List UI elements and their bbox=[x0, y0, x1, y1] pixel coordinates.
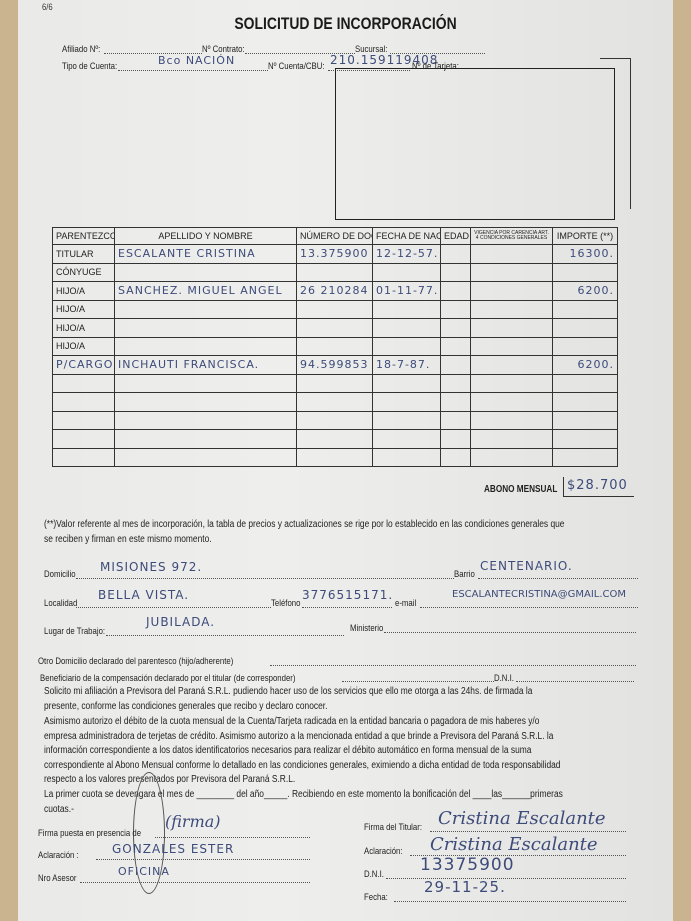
cell-parentezco[interactable] bbox=[53, 430, 115, 449]
titular-signature: Cristina Escalante bbox=[438, 808, 606, 829]
asesor-label: Nro Asesor bbox=[38, 873, 77, 884]
cell-edad[interactable] bbox=[441, 430, 471, 449]
cell-nombre[interactable] bbox=[115, 393, 297, 412]
presencia-field[interactable] bbox=[155, 837, 310, 838]
cell-nombre[interactable] bbox=[115, 337, 297, 356]
cell-importe[interactable] bbox=[553, 393, 618, 412]
col-edad: EDAD bbox=[441, 228, 471, 245]
debito-paragraph: Asimismo autorizo el débito de la cuota … bbox=[44, 715, 565, 788]
cell-documento[interactable] bbox=[297, 411, 373, 430]
cell-vigencia[interactable] bbox=[471, 448, 553, 467]
cell-fecha-nac[interactable]: 01-11-77. bbox=[373, 282, 441, 301]
dni-field[interactable] bbox=[386, 878, 626, 879]
cell-fecha-nac[interactable] bbox=[373, 337, 441, 356]
beneficiario-dni-field[interactable] bbox=[516, 681, 634, 682]
email-label: e-mail bbox=[395, 598, 416, 609]
cell-parentezco[interactable] bbox=[53, 448, 115, 467]
family-table: PARENTEZCO APELLIDO Y NOMBRE NÚMERO DE D… bbox=[52, 227, 618, 467]
cell-parentezco[interactable]: HIJO/A bbox=[53, 300, 115, 319]
cell-importe[interactable]: 16300. bbox=[553, 245, 618, 264]
cell-documento[interactable] bbox=[297, 430, 373, 449]
barrio-value: CENTENARIO. bbox=[480, 559, 573, 573]
otro-domicilio-label: Otro Domicilio declarado del parentesco … bbox=[38, 656, 233, 667]
cell-importe[interactable] bbox=[553, 300, 618, 319]
barrio-field[interactable] bbox=[478, 578, 638, 579]
cell-vigencia[interactable] bbox=[471, 319, 553, 338]
table-row bbox=[53, 393, 618, 412]
domicilio-value: MISIONES 972. bbox=[100, 560, 202, 574]
cell-documento[interactable]: 94.599853 bbox=[297, 356, 373, 375]
cell-documento[interactable] bbox=[297, 263, 373, 282]
cell-vigencia[interactable] bbox=[471, 374, 553, 393]
cell-parentezco[interactable]: HIJO/A bbox=[53, 337, 115, 356]
aclaracion-left-field[interactable] bbox=[96, 859, 310, 860]
tipo-cuenta-label: Tipo de Cuenta: bbox=[62, 61, 117, 72]
aclaracion-left-label: Aclaración : bbox=[38, 850, 79, 861]
cell-edad[interactable] bbox=[441, 356, 471, 375]
cell-edad[interactable] bbox=[441, 337, 471, 356]
table-row: HIJO/A bbox=[53, 319, 618, 338]
cell-importe[interactable]: 6200. bbox=[553, 282, 618, 301]
cuenta-label: Nº Cuenta/CBU: bbox=[268, 61, 325, 72]
cell-edad[interactable] bbox=[441, 263, 471, 282]
afiliado-label: Afiliado Nº: bbox=[62, 44, 100, 55]
aclaracion-right-label: Aclaración: bbox=[364, 846, 403, 857]
cell-vigencia[interactable] bbox=[471, 411, 553, 430]
otro-domicilio-field[interactable] bbox=[270, 665, 636, 666]
cell-fecha-nac[interactable] bbox=[373, 411, 441, 430]
presencia-label: Firma puesta en presencia de bbox=[38, 828, 141, 839]
col-nombre: APELLIDO Y NOMBRE bbox=[115, 228, 297, 245]
cell-fecha-nac[interactable] bbox=[373, 374, 441, 393]
cell-fecha-nac[interactable] bbox=[373, 393, 441, 412]
cell-documento[interactable]: 13.375900 bbox=[297, 245, 373, 264]
cell-importe[interactable] bbox=[553, 448, 618, 467]
cell-vigencia[interactable] bbox=[471, 263, 553, 282]
col-importe: IMPORTE (**) bbox=[553, 228, 618, 245]
dni-label: D.N.I. bbox=[364, 869, 384, 880]
cell-documento[interactable]: 26 210284 bbox=[297, 282, 373, 301]
table-row bbox=[53, 448, 618, 467]
table-row bbox=[53, 374, 618, 393]
trabajo-label: Lugar de Trabajo: bbox=[44, 626, 105, 637]
aclaracion-right-value: Cristina Escalante bbox=[430, 834, 598, 855]
cell-nombre[interactable] bbox=[115, 319, 297, 338]
cell-documento[interactable] bbox=[297, 319, 373, 338]
cell-parentezco[interactable]: CÓNYUGE bbox=[53, 263, 115, 282]
telefono-label: Teléfono bbox=[271, 598, 300, 609]
col-parentezco: PARENTEZCO bbox=[53, 228, 115, 245]
cell-nombre[interactable] bbox=[115, 430, 297, 449]
col-documento: NÚMERO DE DOC. bbox=[297, 228, 373, 245]
dni-value: 13375900 bbox=[420, 855, 515, 875]
cell-fecha-nac[interactable] bbox=[373, 300, 441, 319]
cell-importe[interactable] bbox=[553, 411, 618, 430]
cell-documento[interactable] bbox=[297, 337, 373, 356]
cell-fecha-nac[interactable] bbox=[373, 319, 441, 338]
table-row: P/CARGOINCHAUTI FRANCISCA.94.59985318-7-… bbox=[53, 356, 618, 375]
cell-parentezco[interactable]: P/CARGO bbox=[53, 356, 115, 375]
asesor-value: OFICINA bbox=[118, 865, 170, 878]
page-number: 6/6 bbox=[42, 2, 53, 12]
cell-edad[interactable] bbox=[441, 282, 471, 301]
email-value: ESCALANTECRISTINA@GMAIL.COM bbox=[452, 589, 626, 600]
ministerio-field[interactable] bbox=[384, 632, 636, 633]
card-box bbox=[335, 68, 615, 220]
cell-importe[interactable] bbox=[553, 263, 618, 282]
cell-importe[interactable] bbox=[553, 337, 618, 356]
cell-vigencia[interactable] bbox=[471, 245, 553, 264]
localidad-label: Localidad bbox=[44, 598, 77, 609]
cell-importe[interactable]: 6200. bbox=[553, 356, 618, 375]
cell-importe[interactable] bbox=[553, 319, 618, 338]
cell-importe[interactable] bbox=[553, 430, 618, 449]
table-row bbox=[53, 430, 618, 449]
cell-edad[interactable] bbox=[441, 448, 471, 467]
col-fecha-nac: FECHA DE NAC. bbox=[373, 228, 441, 245]
beneficiario-dni-label: D.N.I. bbox=[494, 673, 514, 684]
email-field[interactable] bbox=[420, 607, 638, 608]
cell-nombre[interactable] bbox=[115, 411, 297, 430]
cell-nombre[interactable] bbox=[115, 263, 297, 282]
titular-label: Firma del Titular: bbox=[364, 822, 422, 833]
price-note: (**)Valor referente al mes de incorporac… bbox=[44, 518, 565, 547]
cell-fecha-nac[interactable] bbox=[373, 263, 441, 282]
cell-vigencia[interactable] bbox=[471, 300, 553, 319]
abono-value: $28.700 bbox=[567, 478, 628, 493]
table-header-row: PARENTEZCO APELLIDO Y NOMBRE NÚMERO DE D… bbox=[53, 228, 618, 245]
afiliacion-paragraph: Solicito mi afiliación a Previsora del P… bbox=[44, 685, 565, 714]
presencia-signature: (firma) bbox=[165, 812, 221, 831]
cell-nombre[interactable]: ESCALANTE CRISTINA bbox=[115, 245, 297, 264]
form-title: SOLICITUD DE INCORPORACIÓN bbox=[62, 14, 629, 34]
abono-label: ABONO MENSUAL bbox=[484, 484, 557, 495]
cell-edad[interactable] bbox=[441, 374, 471, 393]
cell-fecha-nac[interactable] bbox=[373, 448, 441, 467]
table-row: CÓNYUGE bbox=[53, 263, 618, 282]
fecha-field[interactable] bbox=[394, 901, 626, 902]
trabajo-value: JUBILADA. bbox=[146, 615, 215, 629]
table-row bbox=[53, 411, 618, 430]
cell-nombre[interactable]: INCHAUTI FRANCISCA. bbox=[115, 356, 297, 375]
cell-edad[interactable] bbox=[441, 411, 471, 430]
telefono-field[interactable] bbox=[302, 607, 392, 608]
asesor-field[interactable] bbox=[80, 882, 310, 883]
beneficiario-field[interactable] bbox=[342, 681, 494, 682]
cell-nombre[interactable]: SANCHEZ. MIGUEL ANGEL bbox=[115, 282, 297, 301]
cell-edad[interactable] bbox=[441, 245, 471, 264]
cell-importe[interactable] bbox=[553, 374, 618, 393]
domicilio-label: Domicilio bbox=[44, 569, 76, 580]
trabajo-field[interactable] bbox=[106, 635, 344, 636]
cell-documento[interactable] bbox=[297, 300, 373, 319]
cell-nombre[interactable] bbox=[115, 448, 297, 467]
cell-nombre[interactable] bbox=[115, 300, 297, 319]
cell-vigencia[interactable] bbox=[471, 282, 553, 301]
cell-fecha-nac[interactable]: 12-12-57. bbox=[373, 245, 441, 264]
cell-vigencia[interactable] bbox=[471, 393, 553, 412]
cell-vigencia[interactable] bbox=[471, 337, 553, 356]
telefono-value: 3776515171. bbox=[302, 588, 393, 602]
aclaracion-left-value: GONZALES ESTER bbox=[112, 842, 234, 856]
cell-parentezco[interactable] bbox=[53, 393, 115, 412]
localidad-field[interactable] bbox=[76, 607, 271, 608]
cell-parentezco[interactable]: TITULAR bbox=[53, 245, 115, 264]
cell-documento[interactable] bbox=[297, 374, 373, 393]
titular-field[interactable] bbox=[430, 831, 626, 832]
tipo-cuenta-value: Bco NACIÓN bbox=[158, 54, 235, 67]
cell-documento[interactable] bbox=[297, 393, 373, 412]
cell-documento[interactable] bbox=[297, 448, 373, 467]
localidad-value: BELLA VISTA. bbox=[98, 588, 189, 602]
table-row: HIJO/A bbox=[53, 337, 618, 356]
cell-edad[interactable] bbox=[441, 319, 471, 338]
cell-vigencia[interactable] bbox=[471, 430, 553, 449]
cell-edad[interactable] bbox=[441, 300, 471, 319]
tipo-cuenta-field[interactable] bbox=[118, 70, 268, 71]
domicilio-field[interactable] bbox=[76, 578, 454, 579]
table-row: TITULARESCALANTE CRISTINA13.37590012-12-… bbox=[53, 245, 618, 264]
fecha-label: Fecha: bbox=[364, 892, 388, 903]
cell-edad[interactable] bbox=[441, 393, 471, 412]
table-row: HIJO/A bbox=[53, 300, 618, 319]
cell-fecha-nac[interactable] bbox=[373, 430, 441, 449]
table-row: HIJO/ASANCHEZ. MIGUEL ANGEL26 21028401-1… bbox=[53, 282, 618, 301]
cell-parentezco[interactable]: HIJO/A bbox=[53, 319, 115, 338]
col-vigencia: VIGENCIA POR CARENCIA ART. 4 CONDICIONES… bbox=[471, 228, 553, 245]
fecha-value: 29-11-25. bbox=[424, 878, 506, 896]
cell-parentezco[interactable] bbox=[53, 374, 115, 393]
ministerio-label: Ministerio bbox=[350, 623, 383, 634]
cell-fecha-nac[interactable]: 18-7-87. bbox=[373, 356, 441, 375]
cell-parentezco[interactable]: HIJO/A bbox=[53, 282, 115, 301]
barrio-label: Barrio bbox=[454, 569, 475, 580]
cell-vigencia[interactable] bbox=[471, 356, 553, 375]
cell-nombre[interactable] bbox=[115, 374, 297, 393]
cell-parentezco[interactable] bbox=[53, 411, 115, 430]
beneficiario-label: Beneficiario de la compensación declarad… bbox=[40, 673, 295, 684]
